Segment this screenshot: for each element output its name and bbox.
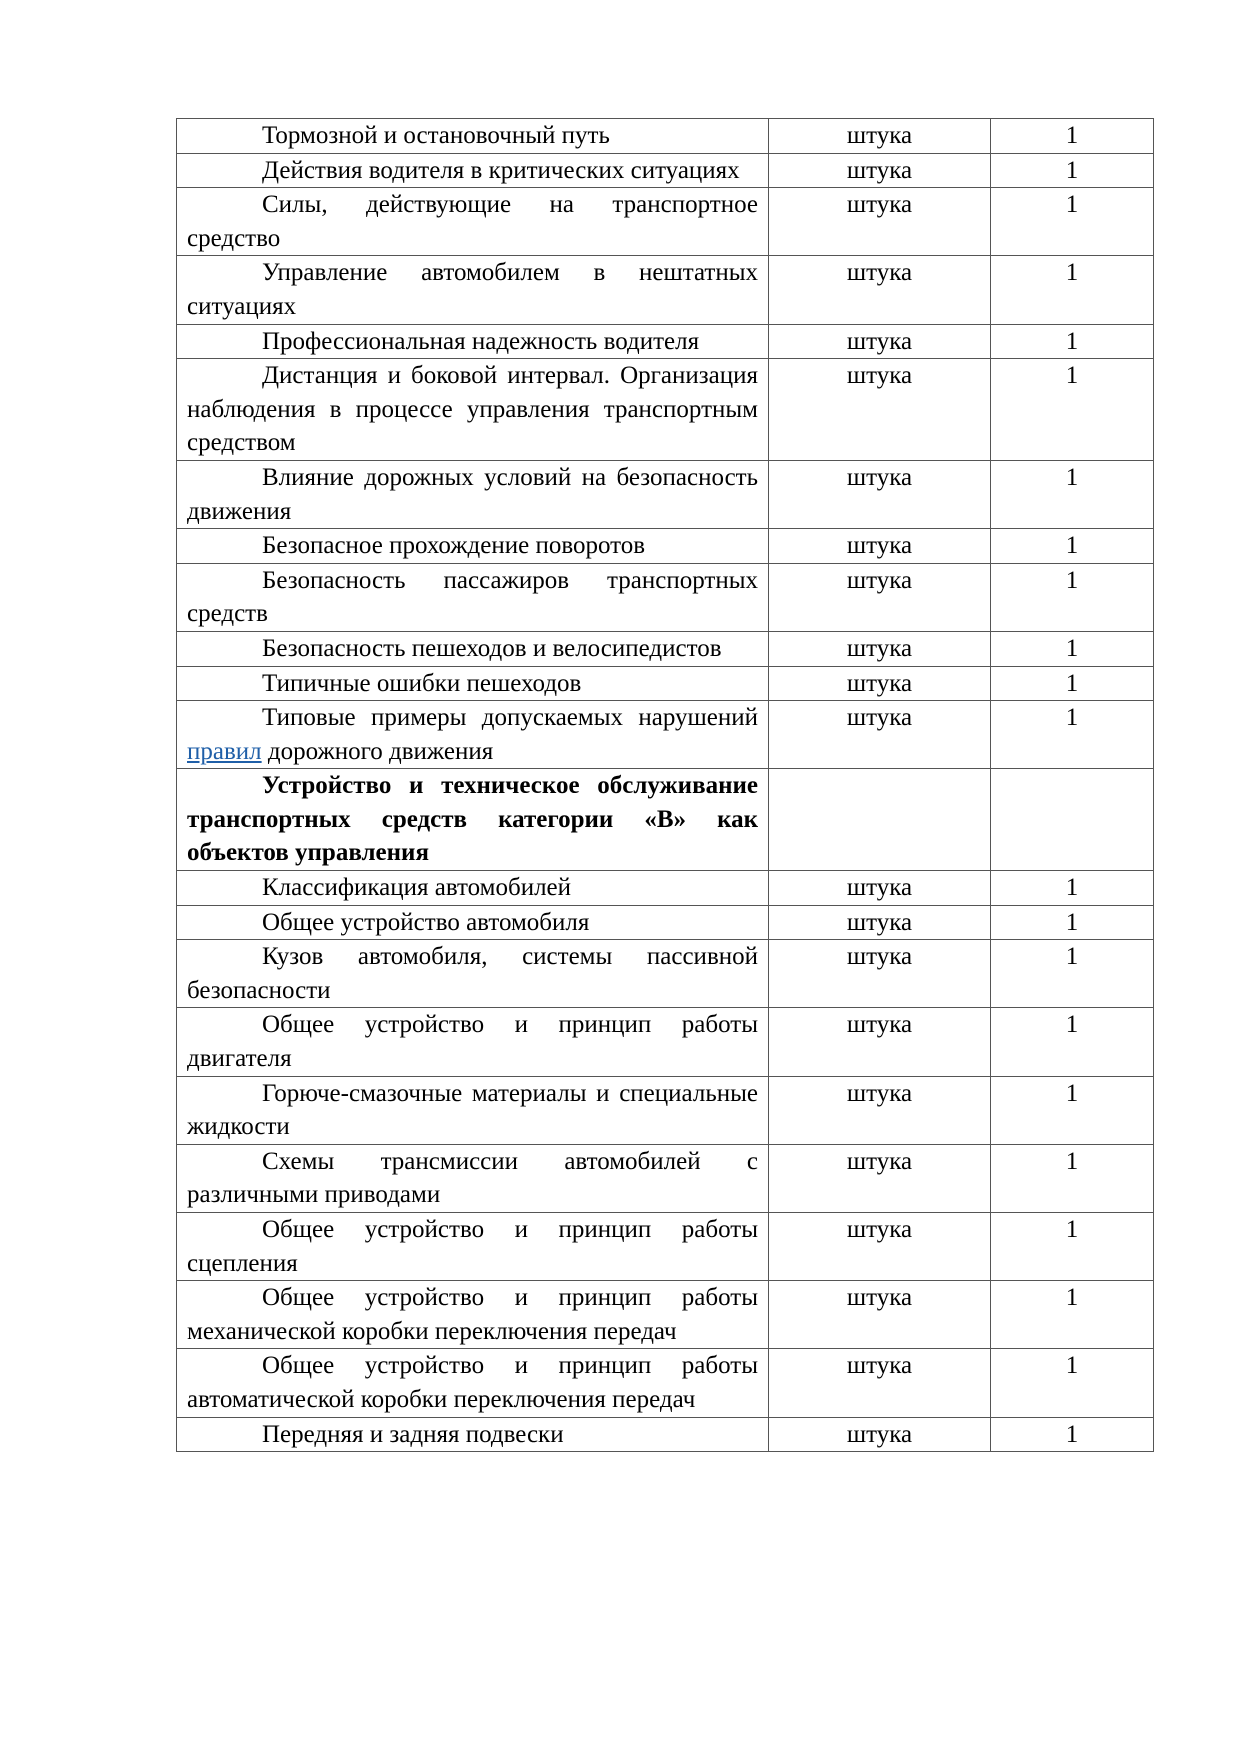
item-unit: штука	[769, 188, 991, 256]
item-unit: штука	[769, 460, 991, 528]
item-name: Передняя и задняя подвески	[177, 1417, 769, 1452]
item-qty: 1	[991, 1281, 1154, 1349]
item-name: Безопасность пассажиров транспортных сре…	[177, 563, 769, 631]
section-title: Устройство и техническое обслуживание тр…	[177, 769, 769, 871]
item-unit: штука	[769, 529, 991, 564]
table-row: Безопасность пешеходов и велосипедистов …	[177, 631, 1154, 666]
item-name: Кузов автомобиля, системы пассивной безо…	[177, 940, 769, 1008]
item-qty: 1	[991, 563, 1154, 631]
item-unit: штука	[769, 1417, 991, 1452]
item-unit: штука	[769, 256, 991, 324]
item-name: Общее устройство и принцип работы сцепле…	[177, 1213, 769, 1281]
table-row: Управление автомобилем в нештатных ситуа…	[177, 256, 1154, 324]
table-row: Безопасность пассажиров транспортных сре…	[177, 563, 1154, 631]
item-name: Силы, действующие на транспортное средст…	[177, 188, 769, 256]
item-unit: штука	[769, 666, 991, 701]
item-name: Дистанция и боковой интервал. Организаци…	[177, 359, 769, 461]
item-name: Горюче-смазочные материалы и специальные…	[177, 1076, 769, 1144]
item-unit: штука	[769, 1281, 991, 1349]
item-name: Классификация автомобилей	[177, 871, 769, 906]
item-name: Действия водителя в критических ситуация…	[177, 153, 769, 188]
item-name: Безопасное прохождение поворотов	[177, 529, 769, 564]
rules-link[interactable]: правил	[187, 738, 262, 765]
item-name: Общее устройство и принцип работы автома…	[177, 1349, 769, 1417]
item-qty: 1	[991, 529, 1154, 564]
item-unit: штука	[769, 1349, 991, 1417]
item-unit: штука	[769, 631, 991, 666]
table-row: Классификация автомобилей штука 1	[177, 871, 1154, 906]
table-row: Силы, действующие на транспортное средст…	[177, 188, 1154, 256]
item-qty: 1	[991, 631, 1154, 666]
item-qty: 1	[991, 871, 1154, 906]
table-row: Типичные ошибки пешеходов штука 1	[177, 666, 1154, 701]
item-unit: штука	[769, 563, 991, 631]
table-row: Общее устройство автомобиля штука 1	[177, 905, 1154, 940]
item-name: Влияние дорожных условий на безопасность…	[177, 460, 769, 528]
table-row: Влияние дорожных условий на безопасность…	[177, 460, 1154, 528]
item-qty: 1	[991, 359, 1154, 461]
item-qty: 1	[991, 666, 1154, 701]
item-unit: штука	[769, 1213, 991, 1281]
item-unit: штука	[769, 324, 991, 359]
item-name: Общее устройство и принцип работы двигат…	[177, 1008, 769, 1076]
item-qty: 1	[991, 119, 1154, 154]
item-qty: 1	[991, 188, 1154, 256]
item-unit: штука	[769, 871, 991, 906]
table-row: Общее устройство и принцип работы сцепле…	[177, 1213, 1154, 1281]
item-name: Общее устройство автомобиля	[177, 905, 769, 940]
item-name: Профессиональная надежность водителя	[177, 324, 769, 359]
item-qty: 1	[991, 1213, 1154, 1281]
item-qty: 1	[991, 1008, 1154, 1076]
item-unit	[769, 769, 991, 871]
item-name: Типичные ошибки пешеходов	[177, 666, 769, 701]
item-qty: 1	[991, 460, 1154, 528]
item-name: Типовые примеры допускаемых нарушений пр…	[177, 701, 769, 769]
item-unit: штука	[769, 905, 991, 940]
table-row: Горюче-смазочные материалы и специальные…	[177, 1076, 1154, 1144]
item-name-before: Типовые примеры допускаемых нарушений	[262, 704, 758, 731]
item-unit: штука	[769, 701, 991, 769]
item-name: Общее устройство и принцип работы механи…	[177, 1281, 769, 1349]
table-row: Схемы трансмиссии автомобилей с различны…	[177, 1144, 1154, 1212]
table-row: Действия водителя в критических ситуация…	[177, 153, 1154, 188]
item-qty: 1	[991, 256, 1154, 324]
item-unit: штука	[769, 359, 991, 461]
item-qty	[991, 769, 1154, 871]
equipment-table: Тормозной и остановочный путь штука 1 Де…	[176, 118, 1154, 1452]
item-name: Безопасность пешеходов и велосипедистов	[177, 631, 769, 666]
item-qty: 1	[991, 324, 1154, 359]
item-qty: 1	[991, 701, 1154, 769]
item-qty: 1	[991, 905, 1154, 940]
item-qty: 1	[991, 1144, 1154, 1212]
item-qty: 1	[991, 1076, 1154, 1144]
document-page: Тормозной и остановочный путь штука 1 Де…	[0, 0, 1241, 1755]
item-name: Управление автомобилем в нештатных ситуа…	[177, 256, 769, 324]
table-row: Типовые примеры допускаемых нарушений пр…	[177, 701, 1154, 769]
item-qty: 1	[991, 153, 1154, 188]
table-row: Передняя и задняя подвески штука 1	[177, 1417, 1154, 1452]
item-unit: штука	[769, 153, 991, 188]
item-unit: штука	[769, 1008, 991, 1076]
item-unit: штука	[769, 119, 991, 154]
item-name: Тормозной и остановочный путь	[177, 119, 769, 154]
table-row: Профессиональная надежность водителя шту…	[177, 324, 1154, 359]
item-name-after: дорожного движения	[262, 738, 494, 765]
item-name: Схемы трансмиссии автомобилей с различны…	[177, 1144, 769, 1212]
section-header-row: Устройство и техническое обслуживание тр…	[177, 769, 1154, 871]
item-unit: штука	[769, 1144, 991, 1212]
table-row: Кузов автомобиля, системы пассивной безо…	[177, 940, 1154, 1008]
table-row: Общее устройство и принцип работы двигат…	[177, 1008, 1154, 1076]
item-qty: 1	[991, 1417, 1154, 1452]
item-unit: штука	[769, 1076, 991, 1144]
table-row: Общее устройство и принцип работы механи…	[177, 1281, 1154, 1349]
item-qty: 1	[991, 940, 1154, 1008]
item-unit: штука	[769, 940, 991, 1008]
table-row: Общее устройство и принцип работы автома…	[177, 1349, 1154, 1417]
item-qty: 1	[991, 1349, 1154, 1417]
table-row: Безопасное прохождение поворотов штука 1	[177, 529, 1154, 564]
table-row: Тормозной и остановочный путь штука 1	[177, 119, 1154, 154]
table-row: Дистанция и боковой интервал. Организаци…	[177, 359, 1154, 461]
